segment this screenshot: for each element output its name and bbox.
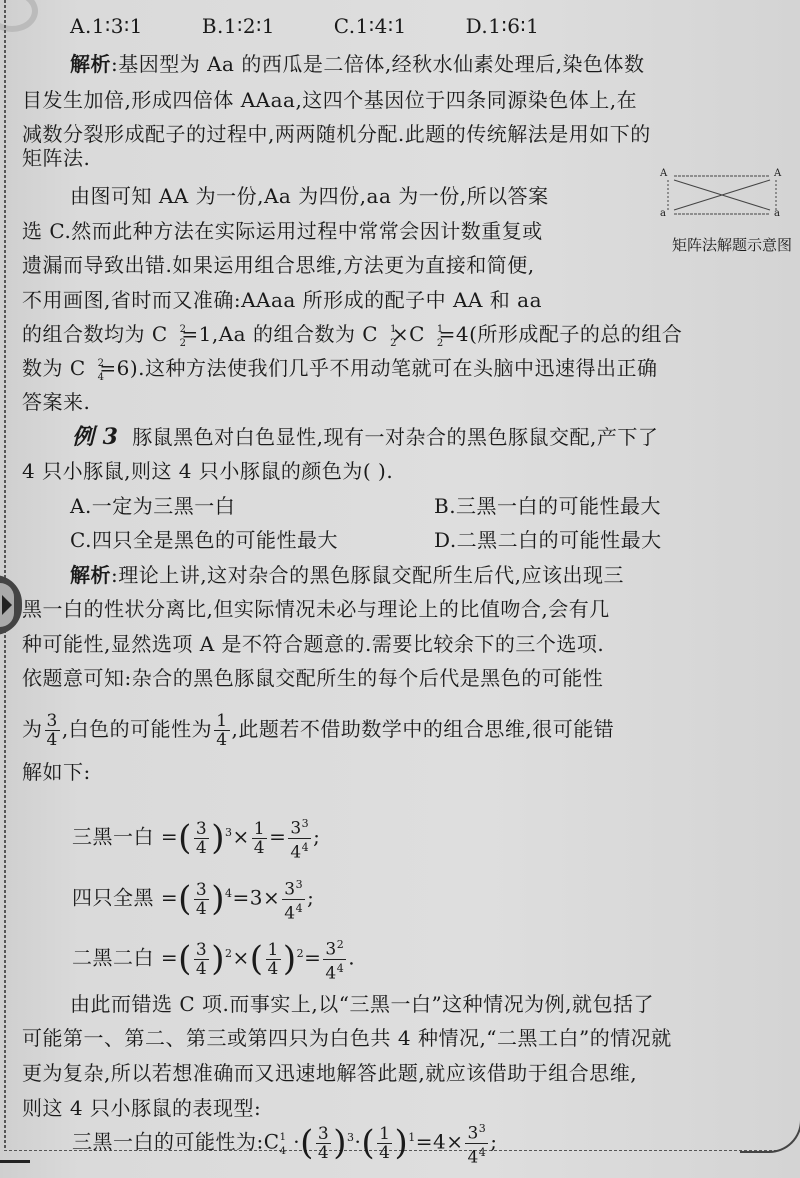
frame-left-border	[4, 0, 6, 1150]
option-d: D.1∶6∶1	[466, 14, 540, 38]
matrix-diagram: A A a a	[660, 170, 785, 220]
analysis1-line-1: 解析:基因型为 Aa 的西瓜是二倍体,经秋水仙素处理后,染色体数	[70, 52, 645, 76]
analysis2-fraction-line: 为34,白色的可能性为14,此题若不借助数学中的组合思维,很可能错	[22, 712, 614, 749]
matrix-lines-icon	[660, 170, 785, 220]
example3-option-d: D.二黑二白的可能性最大	[434, 528, 662, 552]
para3-line-3: 更为复杂,所以若想准确而又迅速地解答此题,就应该借助于组合思维,	[22, 1061, 637, 1085]
analysis1-line-2: 目发生加倍,形成四倍体 AAaa,这四个基因位于四条同源染色体上,在	[22, 88, 637, 112]
para2-line-1: 由图可知 AA 为一份,Aa 为四份,aa 为一份,所以答案	[70, 184, 549, 208]
example3-option-b: B.三黑一白的可能性最大	[434, 494, 661, 518]
example3-line-1: 例 3 豚鼠黑色对白色显性,现有一对杂合的黑色豚鼠交配,产下了	[72, 425, 658, 449]
analysis2-line-2: 黑一白的性状分离比,但实际情况未必与理论上的比值吻合,会有几	[22, 597, 610, 621]
para2-line-5: 的组合数均为 C22 =1,Aa 的组合数为 C12 ×C12 =4(所形成配子…	[22, 322, 682, 346]
para2-line-6: 数为 C24 =6).这种方法使我们几乎不用动笔就可在头脑中迅速得出正确	[22, 356, 658, 380]
wrong-calc-1: 三黑一白 =(34)3×14=3344;	[72, 815, 320, 861]
previous-question-options: A.1∶3∶1 B.1∶2∶1 C.1∶4∶1 D.1∶6∶1	[70, 14, 539, 38]
analysis2-line-3: 种可能性,显然选项 A 是不符合题意的.需要比较余下的三个选项.	[22, 632, 604, 656]
frame-corner-curve	[740, 1120, 800, 1153]
fraction-three-quarters: 34	[45, 712, 60, 749]
analysis-label: 解析	[70, 52, 111, 76]
wrong-calc-2: 四只全黑 =(34)4=3×3344;	[72, 876, 314, 922]
para2-line-3: 遗漏而导致出错.如果运用组合思维,方法更为直接和简便,	[22, 253, 535, 277]
para3-line-1: 由此而错选 C 项.而事实上,以“三黑一白”这种情况为例,就包括了	[70, 992, 654, 1016]
para2-line-2: 选 C.然而此种方法在实际运用过程中常常会因计数重复或	[22, 219, 543, 243]
analysis2-last-line: 解如下:	[22, 760, 91, 784]
diagram-caption: 矩阵法解题示意图	[672, 234, 792, 255]
para2-line-7: 答案来.	[22, 390, 90, 414]
analysis2-line-4: 依题意可知:杂合的黑色豚鼠交配所生的每个后代是黑色的可能性	[22, 666, 603, 690]
option-b: B.1∶2∶1	[202, 14, 327, 38]
option-c: C.1∶4∶1	[334, 14, 459, 38]
page-corner-mark	[0, 1160, 30, 1178]
textbook-page: A.1∶3∶1 B.1∶2∶1 C.1∶4∶1 D.1∶6∶1 解析:基因型为 …	[0, 0, 800, 1178]
example3-option-a: A.一定为三黑一白	[70, 494, 235, 518]
analysis2-line-1: 解析:理论上讲,这对杂合的黑色豚鼠交配所生后代,应该出现三	[70, 563, 624, 587]
para3-line-2: 可能第一、第二、第三或第四只为白色共 4 种情况,“二黑工白”的情况就	[22, 1026, 672, 1050]
para2-line-4: 不用画图,省时而又准确:AAaa 所形成的配子中 AA 和 aa	[22, 288, 542, 312]
correct-calc-1: 三黑一白的可能性为:C14 ·(34)3·(14)1=4×3344;	[72, 1120, 498, 1166]
example-label: 例 3	[72, 424, 118, 450]
para3-line-4: 则这 4 只小豚鼠的表现型:	[22, 1096, 261, 1120]
analysis-label: 解析	[70, 563, 111, 587]
analysis1-line-4: 矩阵法.	[22, 146, 90, 170]
option-a: A.1∶3∶1	[70, 14, 195, 38]
analysis1-line-3: 减数分裂形成配子的过程中,两两随机分配.此题的传统解法是用如下的	[22, 122, 651, 146]
example3-option-c: C.四只全是黑色的可能性最大	[70, 528, 338, 552]
example3-line-2: 4 只小豚鼠,则这 4 只小豚鼠的颜色为( ).	[22, 459, 393, 483]
wrong-calc-3: 二黑二白 =(34)2×(14)2=3244.	[72, 936, 355, 982]
fraction-one-quarter: 14	[214, 712, 229, 749]
page-tab-arrow-icon	[0, 575, 22, 635]
